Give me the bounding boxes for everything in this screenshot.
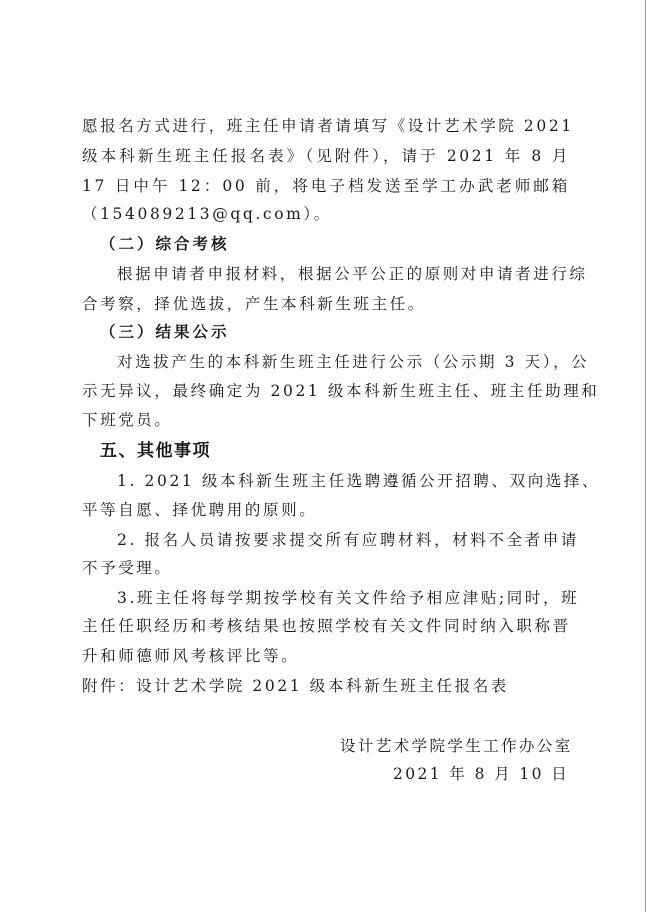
item-3-line: 3.班主任将每学期按学校有关文件给予相应津贴;同时，班 bbox=[117, 588, 570, 608]
signature-date: 2021 年 8 月 10 日 bbox=[393, 764, 569, 784]
section-3-title: （三）结果公示 bbox=[100, 322, 230, 342]
section-5-heading: 五、其他事项 bbox=[100, 441, 211, 461]
item-1-line: 平等自愿、择优聘用的原则。 bbox=[82, 500, 570, 520]
section-2-title: （二）综合考核 bbox=[100, 234, 230, 254]
document-page: 愿报名方式进行，班主任申请者请填写《设计艺术学院 2021 级本科新生班主任报名… bbox=[0, 0, 646, 912]
paragraph-line: 根据申请者申报材料，根据公平公正的原则对申请者进行综 bbox=[117, 264, 570, 284]
attachment-line: 附件：设计艺术学院 2021 级本科新生班主任报名表 bbox=[82, 676, 570, 696]
paragraph-line: 级本科新生班主任报名表》（见附件），请于 2021 年 8 月 bbox=[82, 146, 570, 166]
paragraph-line: 愿报名方式进行，班主任申请者请填写《设计艺术学院 2021 bbox=[82, 116, 570, 136]
signature-office: 设计艺术学院学生工作办公室 bbox=[340, 736, 573, 756]
paragraph-line: 对选拔产生的本科新生班主任进行公示（公示期 3 天），公 bbox=[117, 352, 570, 372]
paragraph-line: 合考察，择优选拔，产生本科新生班主任。 bbox=[82, 294, 570, 314]
paragraph-line: 下班党员。 bbox=[82, 410, 570, 430]
item-3-line: 主任任职经历和考核结果也按照学校有关文件同时纳入职称晋 bbox=[82, 616, 570, 636]
item-3-line: 升和师德师风考核评比等。 bbox=[82, 646, 570, 666]
item-2-line: 2. 报名人员请按要求提交所有应聘材料，材料不全者申请 bbox=[117, 530, 570, 550]
item-1-line: 1. 2021 级本科新生班主任选聘遵循公开招聘、双向选择、 bbox=[117, 471, 570, 491]
paragraph-line: 示无异议，最终确定为 2021 级本科新生班主任、班主任助理和 bbox=[82, 381, 570, 401]
paragraph-line: 17 日中午 12：00 前，将电子档发送至学工办武老师邮箱 bbox=[82, 176, 570, 196]
item-2-line: 不予受理。 bbox=[82, 558, 570, 578]
email-line: （154089213@qq.com）。 bbox=[82, 204, 570, 224]
